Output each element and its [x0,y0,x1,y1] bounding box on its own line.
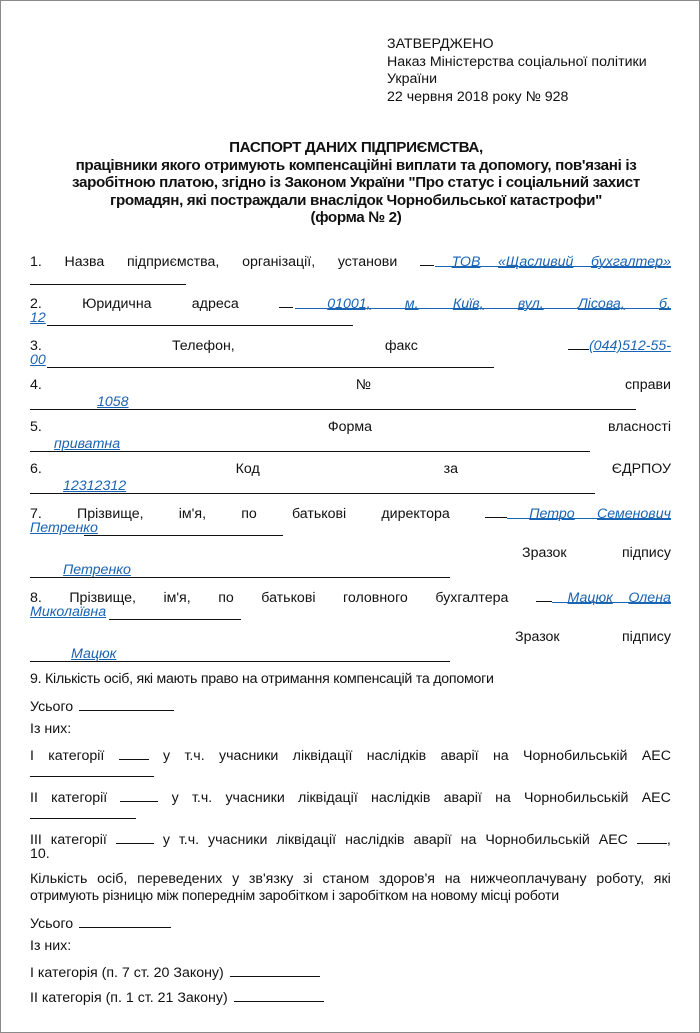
cat1-word: АЕС [642,748,671,764]
section-10-cat1-label: І категорія (п. 7 ст. 20 Закону) [30,965,224,981]
field-7-blank-line [84,535,283,536]
field-1-value-underline [435,266,671,267]
section-10-cat1: І категорія (п. 7 ст. 20 Закону) [30,962,320,981]
field-1-label-word: установи [338,254,397,270]
s10-word: станом [322,871,369,887]
cat1-word: аварії [440,748,478,764]
field-4-label-word: справи [625,377,671,393]
s10-word: які [654,871,671,887]
field-8-value[interactable]: Мацюк Олена [536,587,671,606]
field-6-row: 6. Код за ЄДРПОУ [30,461,671,477]
document-page: ЗАТВЕРДЖЕНО Наказ Міністерства соціально… [0,0,700,1033]
section-9-cat2-input[interactable] [120,787,158,802]
field-2-label-word: адреса [192,296,239,312]
field-4-row: 4. № справи [30,377,671,393]
field-7-value-word: Семенович [597,506,671,522]
section-9-total-label: Усього [30,699,73,715]
field-8-signature-value[interactable]: Мацюк [71,646,116,662]
field-8-label-word: ім'я, [163,590,190,606]
field-2-value-word: Лісова, [578,296,625,312]
field-5-number: 5. [30,419,42,435]
s10-word: зі [303,871,313,887]
field-2-label-word: Юридична [82,296,151,312]
cat3-word: наслідків [345,832,404,848]
field-1-value-word: бухгалтер» [591,254,671,270]
cat1-word: т.ч. [184,748,204,764]
approval-order: Наказ Міністерства соціальної політики [387,54,647,72]
section-9-of-them: Із них: [30,721,71,737]
s10-word: здоров'я [379,871,435,887]
blank-line [485,503,507,518]
field-8-value-word: Олена [628,590,670,606]
cat1-word: наслідків [367,748,426,764]
field-7-value-continuation[interactable]: Петренко [30,520,98,536]
section-9-heading: 9. Кількість осіб, які мають право на от… [30,671,494,687]
field-1-label-word: Назва [65,254,105,270]
s10-word: нижчеоплачувану [470,871,587,887]
field-5-label-word: Форма [328,419,372,435]
cat2-word: Чорнобильській [524,790,628,806]
section-9-cat1-row: І категорії у т.ч. учасники ліквідації н… [30,745,671,764]
field-6-blank-line [30,493,595,494]
field-7-value[interactable]: Петро Семенович [485,503,671,522]
field-7-signature-line [30,577,450,578]
field-5-value[interactable]: приватна [54,436,120,452]
section-10-total: Усього [30,913,171,932]
field-6-number: 6. [30,461,42,477]
cat2-word: ліквідації [298,790,358,806]
cat3-word: т.ч. [179,832,199,848]
cat2-word: на [495,790,511,806]
cat3-word: Чорнобильській [485,832,589,848]
field-8-signature-line [30,661,450,662]
cat2-word: у [172,790,179,806]
cat1-word: категорії [48,748,104,764]
field-7-row: 7. Прізвище, ім'я, по батькові директора… [30,503,671,522]
field-7-label-word: по [241,506,257,522]
section-10-of-them: Із них: [30,938,71,954]
field-7-value-underline [507,518,671,519]
cat3-word: у [163,832,170,848]
cat3-word: ліквідації [276,832,336,848]
section-10-total-label: Усього [30,916,73,932]
field-7-label-word: батькові [292,506,346,522]
field-1-number: 1. [30,254,42,270]
field-2-value-continuation[interactable]: 12 [30,310,46,326]
field-3-label-word: Телефон, [172,338,235,354]
cat2-word: наслідків [371,790,430,806]
field-3-label-word: факс [385,338,418,354]
s10-word: зв'язку [249,871,293,887]
field-3-value-continuation[interactable]: 00 [30,352,46,368]
field-2-value[interactable]: 01001, м. Київ, вул. Лісова, б. [279,293,671,312]
field-4-number: 4. [30,377,42,393]
cat1-word: І [30,748,34,764]
section-9-cat3-input[interactable] [116,829,154,844]
field-8-label-word: бухгалтера [435,590,508,606]
field-7-signature-label: Зразок [522,545,567,561]
field-8-signature-label: підпису [622,629,671,645]
field-4-blank-line [30,409,636,410]
s10-word: переведених [137,871,222,887]
section-10-cat2-label: ІІ категорія (п. 1 ст. 21 Закону) [30,990,228,1006]
cat3-word: категорії [51,832,107,848]
field-6-label-word: Код [236,461,260,477]
title-line-4: громадян, які постраждали внаслідок Чорн… [21,192,691,210]
title-line-2: працівники якого отримують компенсаційні… [21,157,691,175]
cat3-word: аварії [413,832,451,848]
field-8-value-continuation[interactable]: Миколаївна [30,604,106,620]
field-8-label-word: батькові [261,590,315,606]
field-7-value-word: Петро [529,506,574,522]
section-10-cat2-input[interactable] [234,987,324,1002]
section-9-cat2-liquidators-input[interactable] [30,818,136,819]
section-9-cat1-liquidators-input[interactable] [30,776,154,777]
field-2-row: 2. Юридична адреса 01001, м. Київ, вул. … [30,293,671,312]
field-3-value-text: (044)512-55- [589,338,671,354]
field-7-label-word: ім'я, [179,506,206,522]
field-7-signature-label: підпису [622,545,671,561]
s10-word: Кількість [30,871,87,887]
cat3-word: АЕС [599,832,628,848]
field-8-label-word: по [218,590,234,606]
approval-date: 22 червня 2018 року № 928 [387,89,647,107]
field-4-label-word: № [356,377,371,393]
section-9-total: Усього [30,696,174,715]
field-6-value[interactable]: 12312312 [63,478,126,494]
cat2-word: АЕС [642,790,671,806]
cat1-word: у [163,748,170,764]
field-1-label-word: організації, [242,254,315,270]
field-2-blank-line [47,325,353,326]
cat3-word: учасники [208,832,267,848]
field-3-value[interactable]: (044)512-55- [568,335,671,354]
field-8-signature-label: Зразок [515,629,560,645]
field-1-blank-line [30,284,186,285]
field-8-row: 8. Прізвище, ім'я, по батькові головного… [30,587,671,606]
section-9-total-input[interactable] [79,696,174,711]
field-8-label-word: головного [343,590,408,606]
approval-country: України [387,71,647,89]
section-9-cat3-row: ІІІ категорії у т.ч. учасники ліквідації… [30,829,671,848]
section-9-cat3-liquidators-input[interactable]: , [637,829,671,848]
field-3-blank-line [47,367,494,368]
cat1-word: на [493,748,509,764]
s10-word: роботу, [596,871,644,887]
cat2-word: категорії [51,790,107,806]
field-5-row: 5. Форма власності [30,419,671,435]
document-title: ПАСПОРТ ДАНИХ ПІДПРИЄМСТВА, працівники я… [21,139,691,227]
field-1-value-word: «Щасливий [498,254,573,270]
section-10-total-input[interactable] [79,913,171,928]
title-line-3: заробітною платою, згідно із Законом Укр… [21,174,691,192]
field-2-value-word: м. [405,296,419,312]
section-10-heading-line-1: Кількість осіб, переведених у зв'язку зі… [30,871,671,887]
cat2-word: т.ч. [192,790,212,806]
field-1-value[interactable]: ТОВ «Щасливий бухгалтер» [420,251,671,270]
field-1-label-word: підприємства, [127,254,219,270]
field-8-blank-line [109,619,241,620]
section-10-cat2: ІІ категорія (п. 1 ст. 21 Закону) [30,987,324,1006]
approval-block: ЗАТВЕРДЖЕНО Наказ Міністерства соціально… [387,36,647,106]
s10-word: осіб, [97,871,127,887]
field-1-row: 1. Назва підприємства, організації, уста… [30,251,671,270]
cat2-word: учасники [225,790,284,806]
title-line-1: ПАСПОРТ ДАНИХ ПІДПРИЄМСТВА, [21,139,691,157]
s10-word: на [445,871,461,887]
cat2-word: аварії [444,790,482,806]
field-2-value-underline [295,308,671,309]
field-6-label-word: за [444,461,458,477]
s10-word: у [232,871,239,887]
section-10-cat1-input[interactable] [230,962,320,977]
field-8-value-word: Мацюк [567,590,612,606]
field-1-value-word: ТОВ [452,254,481,270]
blank-line [568,335,589,350]
field-2-value-word: б. [659,296,671,312]
section-9-cat1-input[interactable] [119,745,149,760]
field-6-label-word: ЄДРПОУ [612,461,671,477]
field-2-value-word: Київ, [453,296,484,312]
blank-line [536,587,552,602]
approval-heading: ЗАТВЕРДЖЕНО [387,36,647,54]
field-8-value-underline [552,602,671,603]
cat1-word: учасники [219,748,278,764]
cat1-word: ліквідації [293,748,353,764]
field-4-value[interactable]: 1058 [97,394,129,410]
blank-line [420,251,434,266]
field-5-blank-line [30,451,590,452]
section-9-cat2-row: ІІ категорії у т.ч. учасники ліквідації … [30,787,671,806]
section-10-number: 10. [30,846,50,862]
section-10-heading-line-2: отримують різницю між попереднім заробіт… [30,888,559,904]
title-line-5: (форма № 2) [21,209,691,227]
cat1-word: Чорнобильській [523,748,627,764]
field-7-signature-value[interactable]: Петренко [63,562,131,578]
field-2-value-word: 01001, [327,296,370,312]
field-7-label-word: директора [381,506,449,522]
field-3-row: 3. Телефон, факс (044)512-55- [30,335,671,354]
blank-line [279,293,293,308]
cat2-word: ІІ [30,790,38,806]
field-5-label-word: власності [608,419,671,435]
cat3-word: на [461,832,477,848]
field-2-value-word: вул. [518,296,544,312]
